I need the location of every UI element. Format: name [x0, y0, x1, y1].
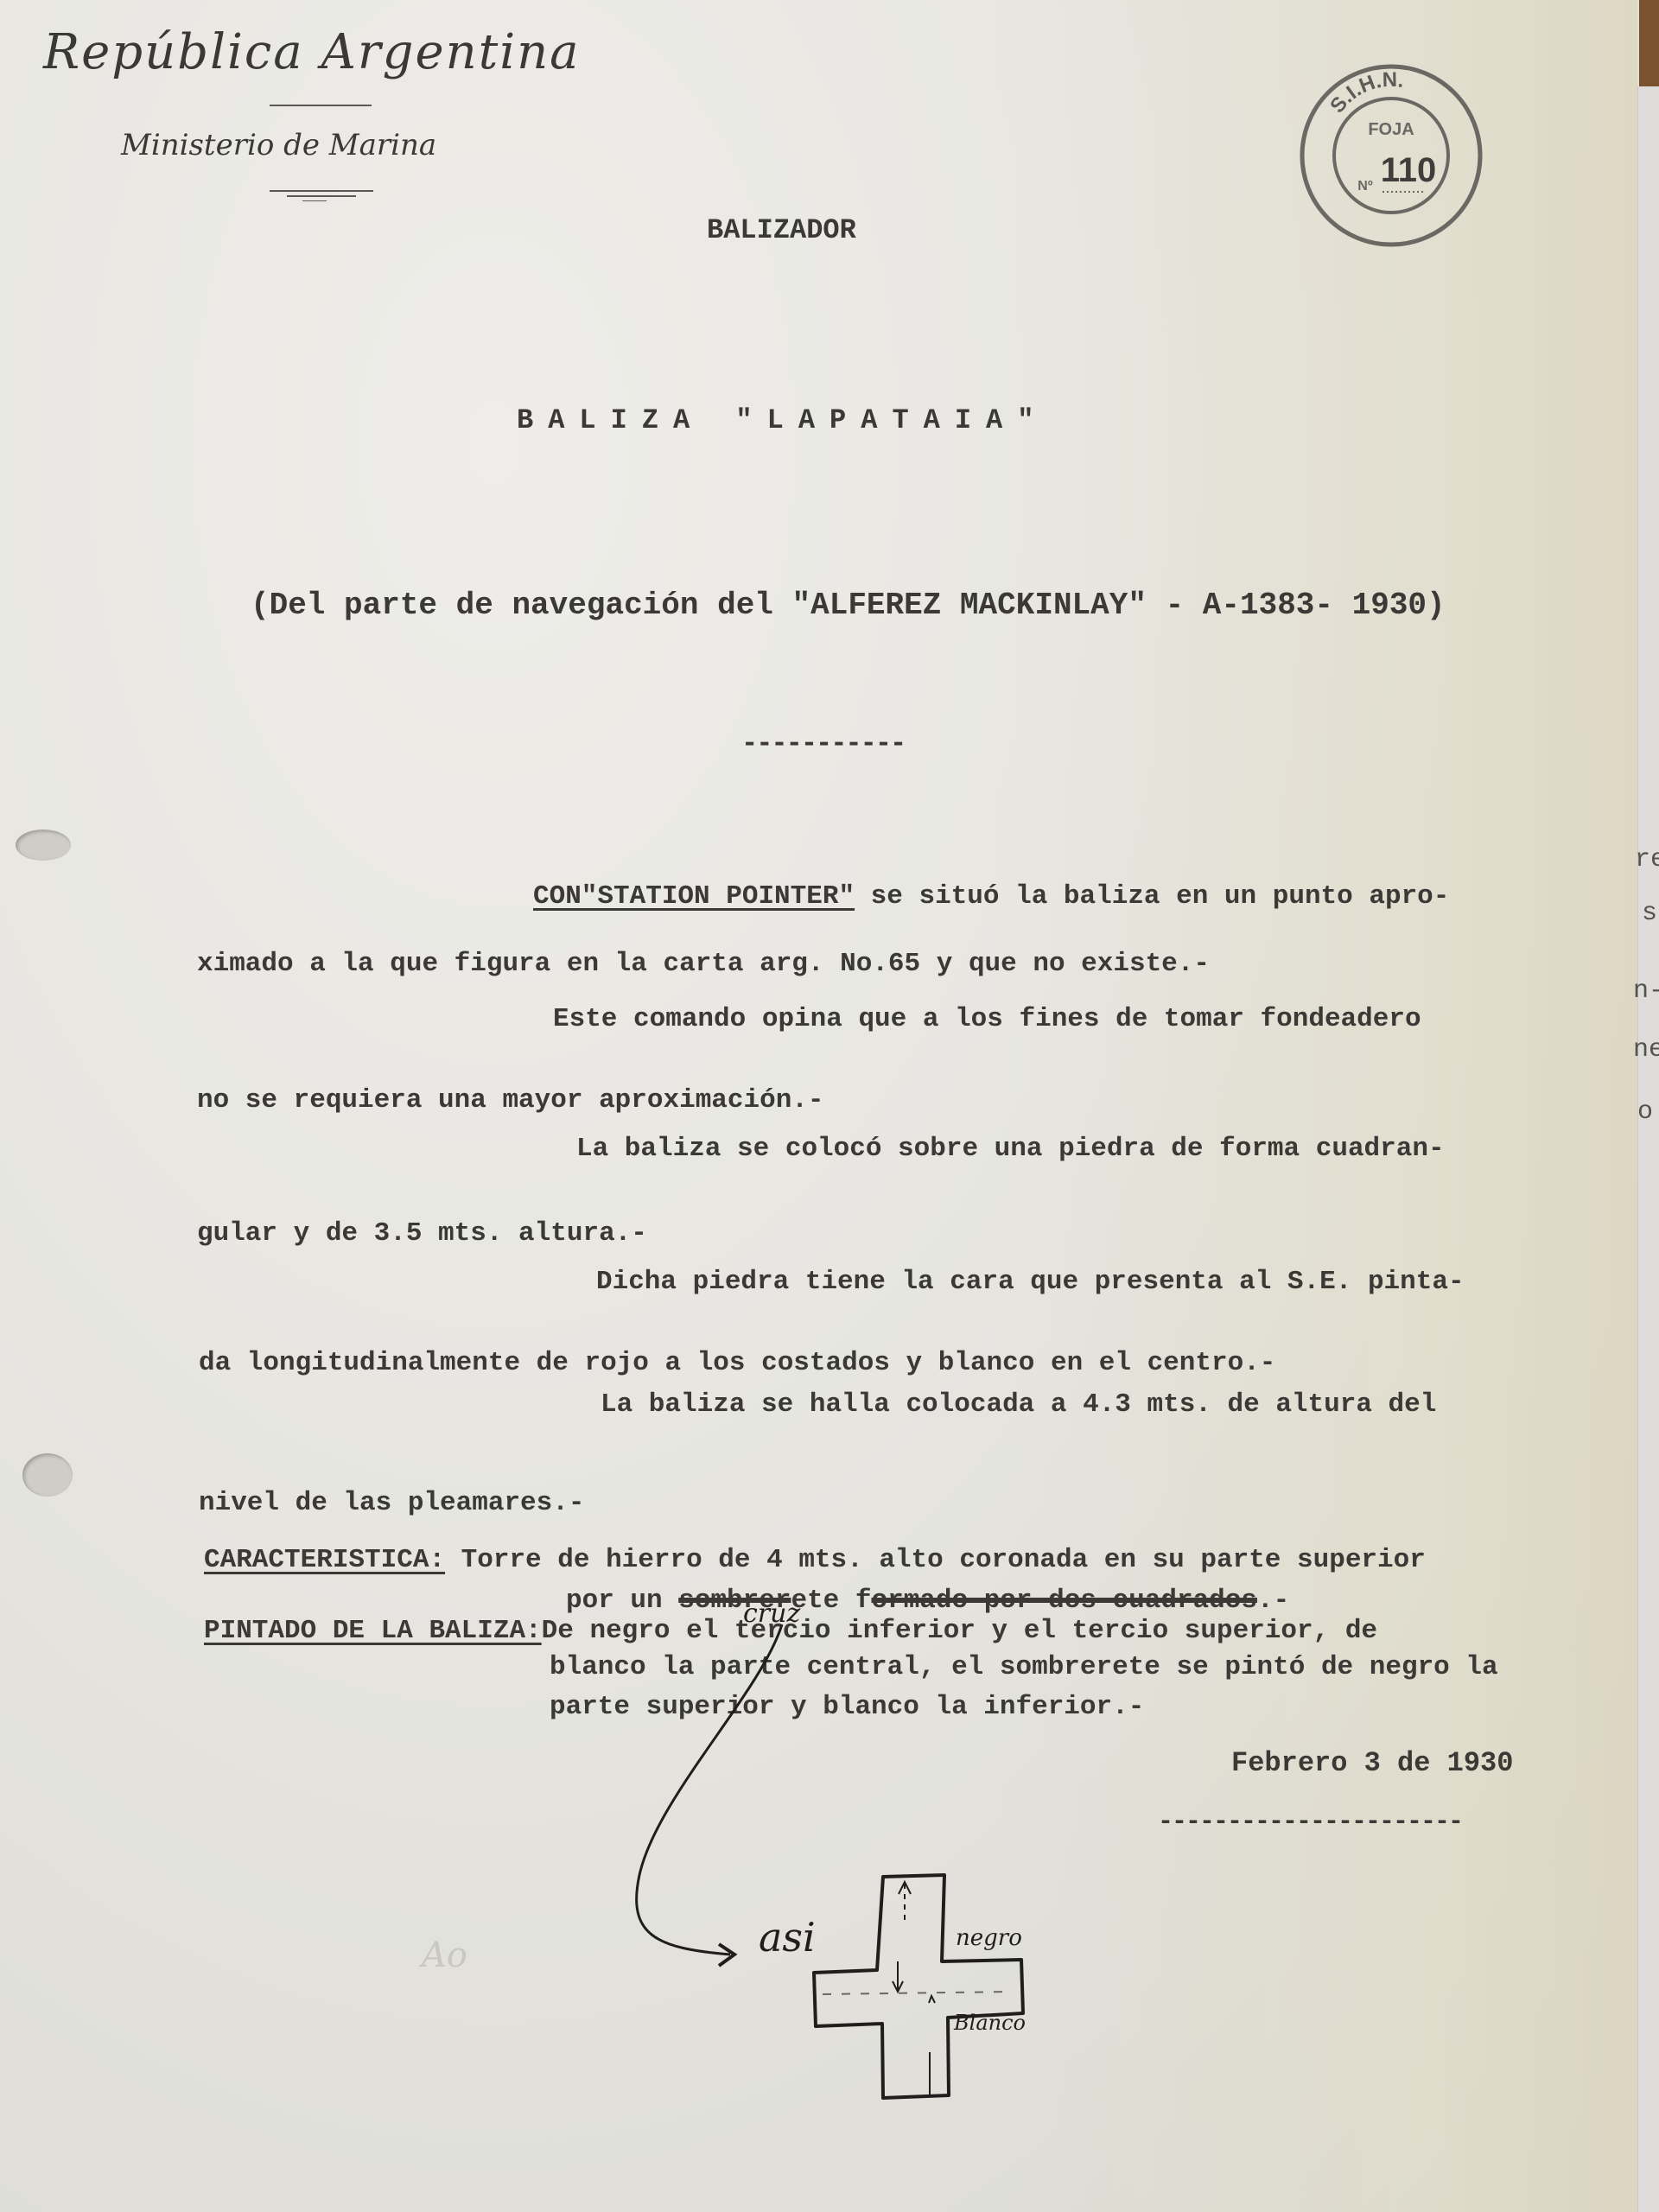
cross-bottom-label: Blanco	[954, 2011, 1026, 2035]
handwritten-correction: cruz	[743, 1599, 800, 1629]
letterhead-ministry: Ministerio de Marina	[121, 128, 436, 162]
paragraph-2-line-2: no se requiera una mayor aproximación.-	[197, 1085, 824, 1116]
letterhead-divider	[270, 105, 372, 106]
paragraph-5-line-2: nivel de las pleamares.-	[199, 1488, 584, 1518]
letterhead-divider	[287, 195, 356, 197]
letterhead-country: República Argentina	[43, 24, 581, 80]
stamp-label: FOJA	[1368, 120, 1414, 139]
department-heading: BALIZADOR	[707, 214, 856, 246]
struck-text: ormado por dos cuadrados	[871, 1586, 1256, 1616]
pintado-line-3: parte superior y blanco la inferior.-	[550, 1692, 1144, 1722]
document-date: Febrero 3 de 1930	[1231, 1747, 1513, 1779]
pintado-label: PINTADO DE LA BALIZA:	[204, 1616, 542, 1646]
punch-hole	[22, 1453, 73, 1497]
paragraph-text: se situó la baliza en un punto apro-	[855, 881, 1449, 912]
paragraph-4-line-2: da longitudinalmente de rojo a los costa…	[199, 1348, 1275, 1378]
paragraph-4-line-1: Dicha piedra tiene la cara que presenta …	[596, 1267, 1465, 1297]
caracteristica-text: Torre de hierro de 4 mts. alto coronada …	[445, 1545, 1426, 1575]
paragraph-3-line-2: gular y de 3.5 mts. altura.-	[197, 1218, 647, 1249]
caracteristica-text: por un	[566, 1586, 678, 1616]
section-separator: -----------	[741, 728, 905, 760]
station-pointer-phrase: CON"STATION POINTER"	[533, 881, 855, 912]
margin-bleed-text: s	[1642, 899, 1657, 928]
paragraph-2-line-1: Este comando opina que a los fines de to…	[553, 1004, 1421, 1034]
archive-stamp: S.I.H.N. FOJA Nº 110	[1296, 60, 1486, 251]
margin-bleed-text: o	[1637, 1097, 1653, 1127]
letterhead-divider	[270, 190, 373, 192]
handwritten-pointer-label: asi	[759, 1914, 816, 1961]
margin-bleed-text: re	[1635, 845, 1659, 874]
stamp-organization: S.I.H.N.	[1325, 68, 1406, 118]
paragraph-1-line-2: ximado a la que figura en la carta arg. …	[197, 949, 1210, 979]
caracteristica-label: CARACTERISTICA:	[204, 1545, 445, 1575]
pintado-line-2: blanco la parte central, el sombrerete s…	[550, 1652, 1498, 1682]
caracteristica-line-2: por un sombrerete formado por dos cuadra…	[566, 1586, 1289, 1616]
underlying-sheet	[1637, 86, 1659, 2212]
margin-bleed-text: n-	[1633, 976, 1659, 1006]
cross-top-label: negro	[956, 1925, 1022, 1951]
paragraph-3-line-1: La baliza se colocó sobre una piedra de …	[576, 1134, 1445, 1164]
closing-rule: ----------------------	[1158, 1808, 1462, 1837]
paragraph-1-line-1: CON"STATION POINTER" se situó la baliza …	[533, 881, 1449, 912]
paper-shading	[994, 0, 1637, 2212]
desk-surface	[1639, 0, 1659, 86]
pintado-text: De negro el tercio inferior y el tercio …	[542, 1616, 1377, 1646]
punch-hole	[16, 829, 71, 861]
document-title: BALIZA "LAPATAIA"	[517, 404, 1048, 436]
margin-bleed-text: ne	[1633, 1035, 1659, 1065]
stamp-number-prefix: Nº	[1357, 179, 1373, 194]
document-subtitle: (Del parte de navegación del "ALFEREZ MA…	[251, 588, 1446, 623]
paragraph-5-line-1: La baliza se halla colocada a 4.3 mts. d…	[601, 1389, 1436, 1420]
caracteristica-text: .-	[1257, 1586, 1289, 1616]
caracteristica-line-1: CARACTERISTICA: Torre de hierro de 4 mts…	[204, 1545, 1426, 1575]
caracteristica-text: ete f	[791, 1586, 871, 1616]
letterhead-divider	[302, 200, 327, 201]
stamp-number: 110	[1381, 151, 1437, 189]
faint-handwritten-mark: Ao	[422, 1935, 467, 1975]
